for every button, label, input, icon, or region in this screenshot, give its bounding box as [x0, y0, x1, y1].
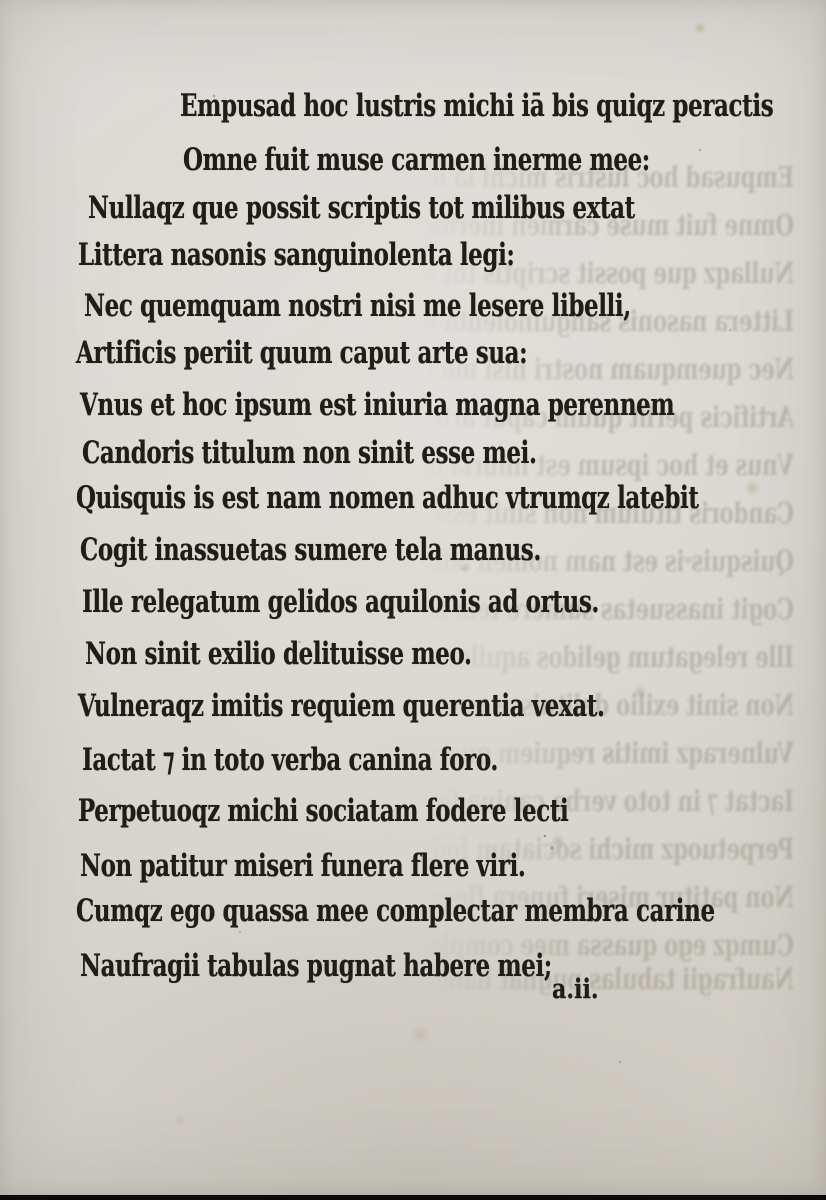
- photo-frame: Empusad hoc lustris michi iā bis quiqz p…: [0, 0, 826, 1200]
- poem-line: Omne fuit muse carmen inerme mee:: [183, 142, 650, 178]
- poem-line: Cumqz ego quassa mee complectar membra c…: [76, 893, 715, 929]
- poem-line: Naufragii tabulas pugnat habere mei;: [80, 948, 552, 984]
- poem-line: Vnus et hoc ipsum est iniuria magna pere…: [80, 387, 674, 423]
- poem-line: Cogit inassuetas sumere tela manus.: [80, 532, 541, 568]
- paper-page: Empusad hoc lustris michi iā bis quiqz p…: [0, 0, 826, 1195]
- poem-line: Artificis periit quum caput arte sua:: [76, 335, 527, 371]
- quire-signature-mark: a.ii.: [552, 974, 599, 1005]
- poem-line: Iactat ⁊ in toto verba canina foro.: [82, 742, 498, 778]
- poem-line: Nullaqz que possit scriptis tot milibus …: [88, 190, 635, 226]
- poem-line: Perpetuoqz michi sociatam fodere lecti: [78, 793, 568, 829]
- poem-line: Nec quemquam nostri nisi me lesere libel…: [84, 288, 631, 324]
- poem-line: Empusad hoc lustris michi iā bis quiqz p…: [180, 88, 773, 124]
- poem-text-block: Empusad hoc lustris michi iā bis quiqz p…: [0, 0, 826, 1195]
- poem-line: Vulneraqz imitis requiem querentia vexat…: [78, 688, 605, 724]
- poem-line: Non patitur miseri funera flere viri.: [80, 848, 526, 884]
- poem-line: Non sinit exilio delituisse meo.: [85, 636, 472, 672]
- poem-line: Ille relegatum gelidos aquilonis ad ortu…: [82, 584, 599, 620]
- poem-line: Candoris titulum non sinit esse mei.: [82, 435, 537, 471]
- poem-line: Littera nasonis sanguinolenta legi:: [78, 237, 515, 273]
- poem-line: Quisquis is est nam nomen adhuc vtrumqz …: [76, 480, 699, 516]
